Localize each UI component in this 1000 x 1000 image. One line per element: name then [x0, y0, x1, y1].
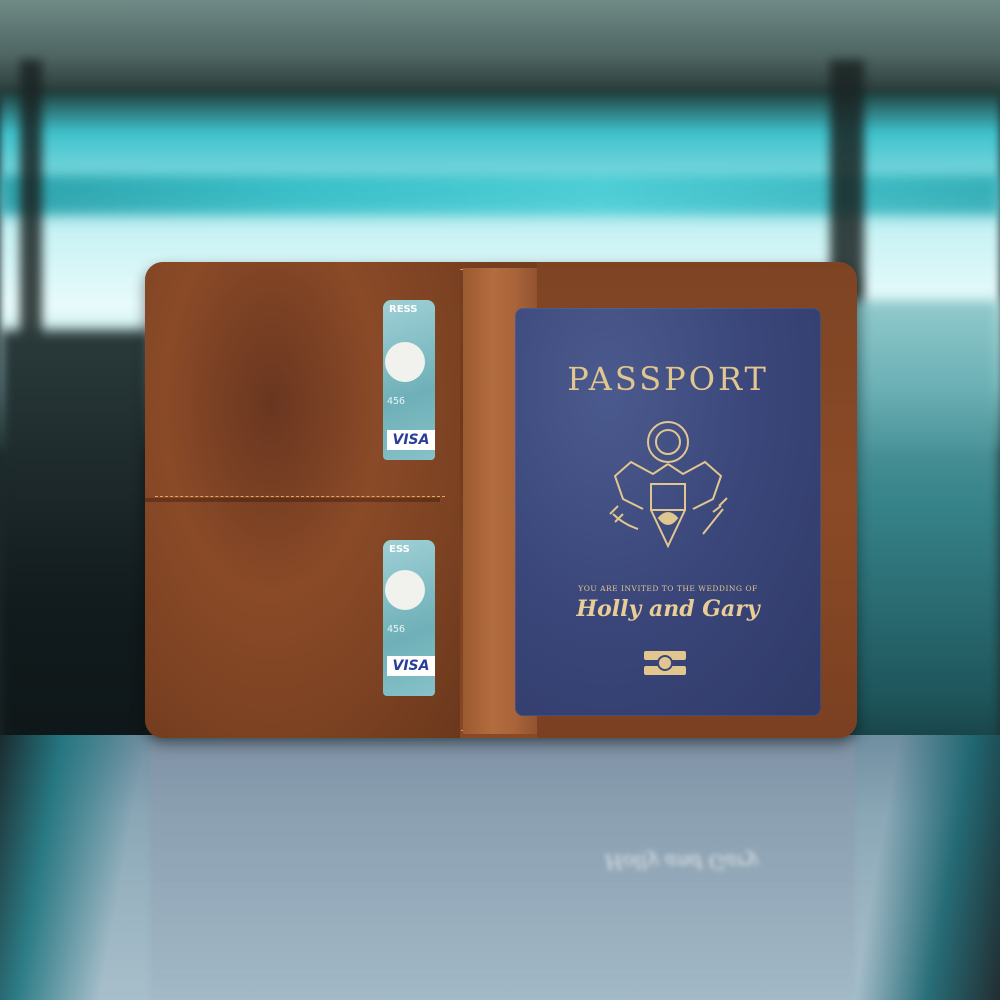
pocket-divider [145, 498, 440, 502]
background-right-window [840, 300, 1000, 800]
card-digits: 456 [387, 624, 405, 635]
passport: PASSPORT YOU ARE INVITED TO THE WEDDING … [515, 308, 821, 716]
credit-card: ESS 456 VISA [383, 540, 435, 696]
visa-logo: VISA [387, 656, 435, 676]
wallet-reflection: Holly and Gary [150, 740, 855, 1000]
card-header-text: ESS [389, 544, 410, 555]
reflection-names: Holly and Gary [605, 850, 758, 874]
eagle-seal-icon [593, 414, 743, 564]
credit-card: RESS 456 VISA [383, 300, 435, 460]
product-photo: Holly and Gary RESS 456 VISA ESS 456 VIS… [0, 0, 1000, 1000]
invitation-line: YOU ARE INVITED TO THE WEDDING OF [515, 584, 821, 593]
pocket-stitching [155, 496, 445, 497]
e-passport-chip-icon [643, 650, 687, 676]
passport-title: PASSPORT [515, 360, 821, 398]
card-hologram [385, 342, 425, 382]
card-header-text: RESS [389, 304, 418, 315]
card-digits: 456 [387, 396, 405, 407]
couple-names: Holly and Gary [515, 596, 821, 622]
card-hologram [385, 570, 425, 610]
passport-wallet: RESS 456 VISA ESS 456 VISA PASSPORT [145, 262, 857, 738]
background-left-shadow [0, 330, 150, 800]
wallet-left-panel: RESS 456 VISA ESS 456 VISA [145, 262, 460, 738]
visa-logo: VISA [387, 430, 435, 450]
